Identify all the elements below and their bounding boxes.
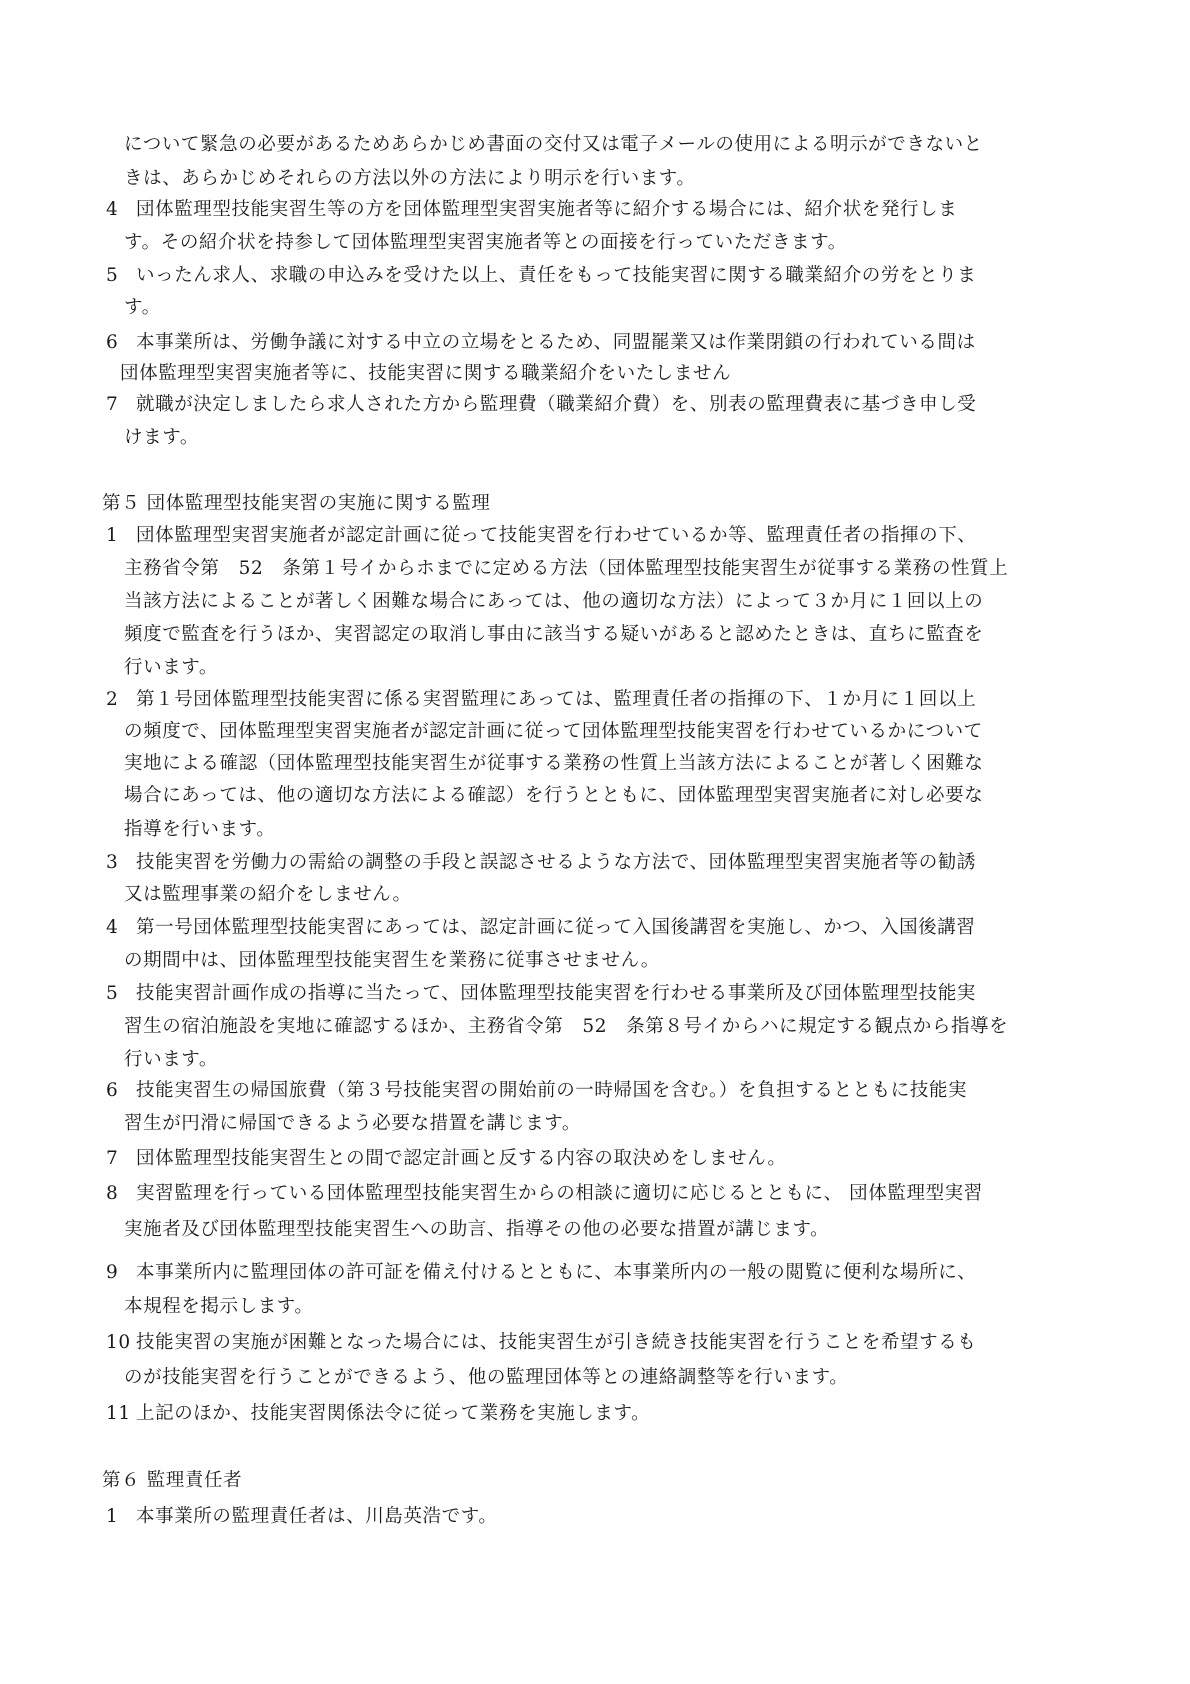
item-number: 7 [106,393,136,417]
item-number: 3 [106,851,136,875]
text-line: のが技能実習を行うことができるよう、他の監理団体等との連絡調整等を行います。 [124,1366,848,1390]
list-item-10: 10技能実習の実施が困難となった場合には、技能実習生が引き続き技能実習を行うこと… [106,1331,976,1355]
list-item-6: 6本事業所は、労働争議に対する中立の立場をとるため、同盟罷業又は作業閉鎖の行われ… [106,331,976,355]
item-number: 4 [106,198,136,222]
item-text: 団体監理型実習実施者が認定計画に従って技能実習を行わせているか等、監理責任者の指… [136,525,976,546]
item-text: 本事業所の監理責任者は、川島英浩です。 [136,1506,497,1527]
list-item-1: 1団体監理型実習実施者が認定計画に従って技能実習を行わせているか等、監理責任者の… [106,524,976,548]
list-item-11: 11上記のほか、技能実習関係法令に従って業務を実施します。 [106,1402,650,1426]
item-text: 技能実習生の帰国旅費（第３号技能実習の開始前の一時帰国を含む。）を負担するととも… [136,1080,967,1101]
item-text: 上記のほか、技能実習関係法令に従って業務を実施します。 [136,1403,650,1424]
list-item-3: 3技能実習を労働力の需給の調整の手段と誤認させるような方法で、団体監理型実習実施… [106,851,976,875]
item-text: 技能実習の実施が困難となった場合には、技能実習生が引き続き技能実習を行うことを希… [136,1332,976,1353]
list-item-5: 5技能実習計画作成の指導に当たって、団体監理型技能実習を行わせる事業所及び団体監… [106,982,976,1006]
text-line: 又は監理事業の紹介をしません。 [124,883,412,907]
list-item-2: 2第１号団体監理型技能実習に係る実習監理にあっては、監理責任者の指揮の下、１か月… [106,688,976,712]
item-text: 団体監理型技能実習生との間で認定計画と反する内容の取決めをしません。 [136,1148,787,1169]
text-line: 本規程を掲示します。 [124,1295,314,1319]
text-line: す。 [124,296,161,320]
item-number: 4 [106,916,136,940]
text-line: 頻度で監査を行うほか、実習認定の取消し事由に該当する疑いがあると認めたときは、直… [124,623,984,647]
text-line: 指導を行います。 [124,818,275,842]
text-line: 実施者及び団体監理型技能実習生への助言、指導その他の必要な措置が講じます。 [124,1218,829,1242]
item-text: 本事業所内に監理団体の許可証を備え付けるとともに、本事業所内の一般の閲覧に便利な… [136,1262,976,1283]
item-number: 1 [106,524,136,548]
item-text: 技能実習計画作成の指導に当たって、団体監理型技能実習を行わせる事業所及び団体監理… [136,983,976,1004]
text-line: 当該方法によることが著しく困難な場合にあっては、他の適切な方法）によって３か月に… [124,590,983,614]
item-number: 5 [106,982,136,1006]
item-text: 本事業所は、労働争議に対する中立の立場をとるため、同盟罷業又は作業閉鎖の行われて… [136,332,976,353]
item-text: 就職が決定しましたら求人された方から監理費（職業紹介費）を、別表の監理費表に基づ… [136,394,976,415]
document-page: について緊急の必要があるためあらかじめ書面の交付又は電子メールの使用による明示が… [0,0,1190,1684]
list-item-6: 6技能実習生の帰国旅費（第３号技能実習の開始前の一時帰国を含む。）を負担するとと… [106,1079,967,1103]
list-item-8: 8実習監理を行っている団体監理型技能実習生からの相談に適切に応じるとともに、 団… [106,1182,983,1206]
text-line: の期間中は、団体監理型技能実習生を業務に従事させません。 [124,949,660,973]
item-number: 5 [106,264,136,288]
text-line: す。その紹介状を持参して団体監理型実習実施者等との面接を行っていただきます。 [124,231,847,255]
item-number: 8 [106,1182,136,1206]
item-number: 1 [106,1505,136,1529]
text-line: の頻度で、団体監理型実習実施者が認定計画に従って団体監理型技能実習を行わせている… [124,720,983,744]
item-number: 9 [106,1261,136,1285]
section-heading: 第６ 監理責任者 [102,1469,242,1493]
text-line: 実地による確認（団体監理型技能実習生が従事する業務の性質上当該方法によることが著… [124,752,984,776]
item-text: 実習監理を行っている団体監理型技能実習生からの相談に適切に応じるとともに、 団体… [136,1183,983,1204]
item-text: 技能実習を労働力の需給の調整の手段と誤認させるような方法で、団体監理型実習実施者… [136,852,976,873]
item-number: 6 [106,331,136,355]
list-item-7: 7団体監理型技能実習生との間で認定計画と反する内容の取決めをしません。 [106,1147,787,1171]
text-line: 行います。 [124,656,218,680]
item-number: 2 [106,688,136,712]
item-number: 11 [106,1402,136,1426]
item-text: 団体監理型技能実習生等の方を団体監理型実習実施者等に紹介する場合には、紹介状を発… [136,199,957,220]
item-text: いったん求人、求職の申込みを受けた以上、責任をもって技能実習に関する職業紹介の労… [136,265,976,286]
list-item-7: 7就職が決定しましたら求人された方から監理費（職業紹介費）を、別表の監理費表に基… [106,393,976,417]
text-line: 主務省令第 52 条第１号イからホまでに定める方法（団体監理型技能実習生が従事す… [124,557,1008,581]
text-line: について緊急の必要があるためあらかじめ書面の交付又は電子メールの使用による明示が… [124,133,983,157]
text-line: けます。 [124,426,199,450]
text-line: 習生が円滑に帰国できるよう必要な措置を講じます。 [124,1112,581,1136]
list-item-5: 5いったん求人、求職の申込みを受けた以上、責任をもって技能実習に関する職業紹介の… [106,264,976,288]
text-line: きは、あらかじめそれらの方法以外の方法により明示を行います。 [124,167,696,191]
list-item-4: 4第一号団体監理型技能実習にあっては、認定計画に従って入国後講習を実施し、かつ、… [106,916,975,940]
section-heading: 第５ 団体監理型技能実習の実施に関する監理 [102,492,490,516]
text-line: 習生の宿泊施設を実地に確認するほか、主務省令第 52 条第８号イからハに規定する… [124,1015,1008,1039]
text-line: 行います。 [124,1048,218,1072]
list-item-4: 4団体監理型技能実習生等の方を団体監理型実習実施者等に紹介する場合には、紹介状を… [106,198,957,222]
text-line: 場合にあっては、他の適切な方法による確認）を行うとともに、団体監理型実習実施者に… [124,784,983,808]
item-text: 第１号団体監理型技能実習に係る実習監理にあっては、監理責任者の指揮の下、１か月に… [136,689,976,710]
list-item-1: 1本事業所の監理責任者は、川島英浩です。 [106,1505,497,1529]
list-item-9: 9本事業所内に監理団体の許可証を備え付けるとともに、本事業所内の一般の閲覧に便利… [106,1261,976,1285]
item-number: 6 [106,1079,136,1103]
item-number: 7 [106,1147,136,1171]
text-line: 団体監理型実習実施者等に、技能実習に関する職業紹介をいたしません [120,362,731,386]
item-text: 第一号団体監理型技能実習にあっては、認定計画に従って入国後講習を実施し、かつ、入… [136,917,975,938]
item-number: 10 [106,1331,136,1355]
